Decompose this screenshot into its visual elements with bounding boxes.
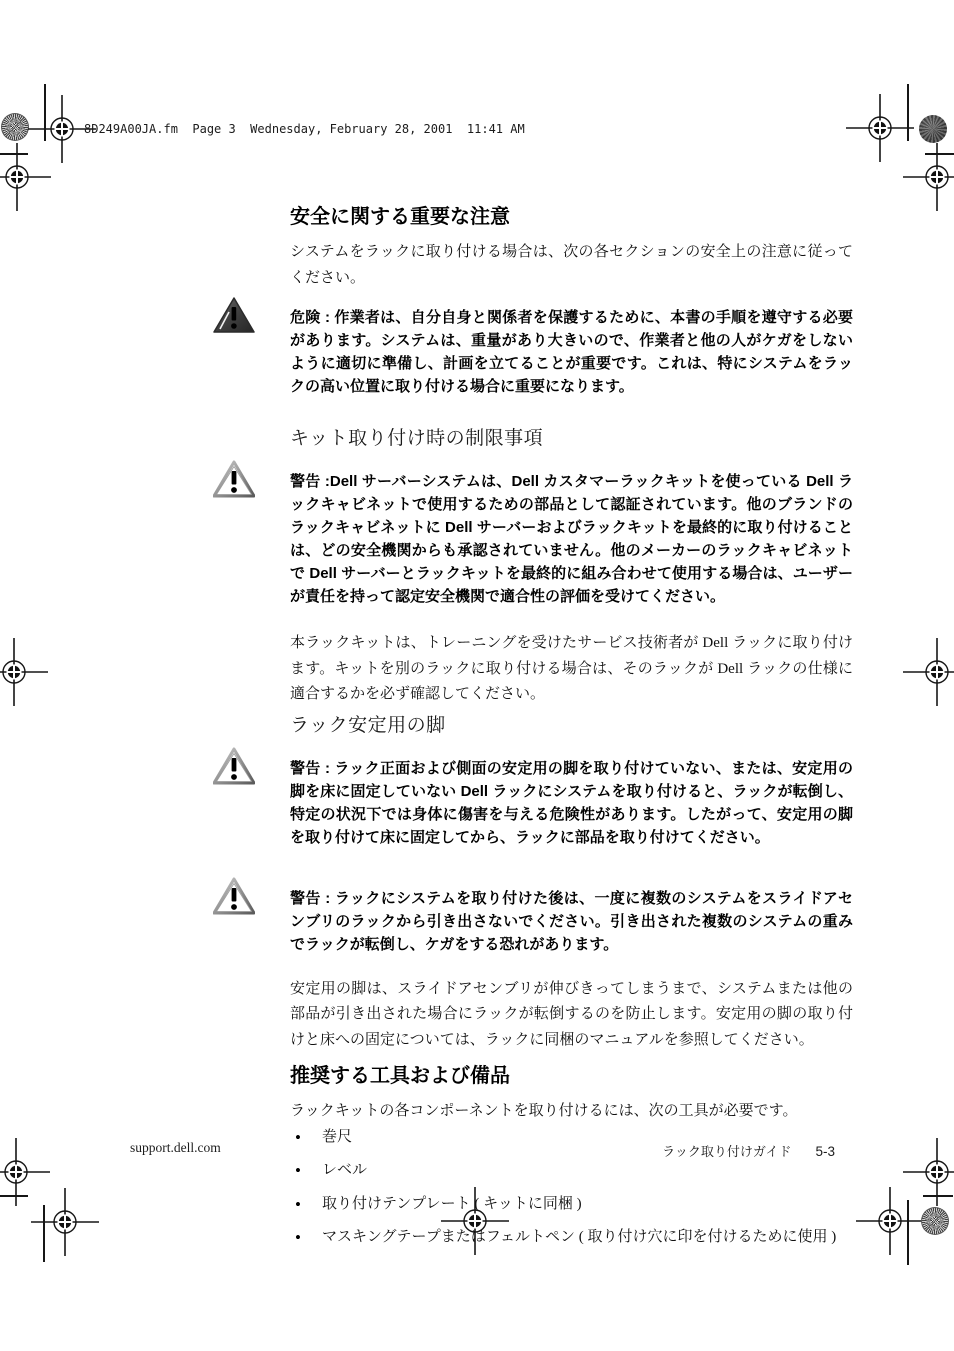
warning-text-stabilizer-1: 警告 : ラック正面および側面の安定用の脚を取り付けていない、または、安定用の脚… bbox=[290, 757, 853, 849]
section-title-kit-restrictions: キット取り付け時の制限事項 bbox=[290, 427, 853, 451]
warning-triangle-icon bbox=[213, 460, 255, 498]
warning-text-kit: 警告 :Dell サーバーシステムは、Dell カスタマーラックキットを使ってい… bbox=[290, 470, 853, 608]
warning-text-stabilizer-2: 警告 : ラックにシステムを取り付けた後は、一度に複数のシステムをスライドアセン… bbox=[290, 887, 853, 956]
warning-triangle-icon bbox=[213, 747, 255, 785]
danger-triangle-icon bbox=[213, 296, 255, 334]
warning-label: 警告 : bbox=[290, 473, 330, 490]
page-content: 安全に関する重要な注意 システムをラックに取り付ける場合は、次の各セクションの安… bbox=[213, 204, 853, 1259]
footer-doc-info: ラック取り付けガイド5-3 bbox=[662, 1141, 835, 1160]
tools-intro-paragraph: ラックキットの各コンポーネントを取り付けるには、次の工具が必要です。 bbox=[290, 1099, 853, 1125]
crop-line bbox=[923, 1195, 953, 1197]
registration-mark-icon bbox=[854, 1185, 926, 1257]
registration-mark-icon bbox=[901, 636, 954, 708]
footer-site-url: support.dell.com bbox=[130, 1140, 221, 1156]
starburst-calibration-icon bbox=[921, 1207, 949, 1235]
registration-mark-icon bbox=[29, 1186, 101, 1258]
stabilizer-body-paragraph: 安定用の脚は、スライドアセンブリが伸びきってしまうまで、システムまたは他の部品が… bbox=[290, 977, 853, 1054]
danger-text: 危険 : 作業者は、自分自身と関係者を保護するために、本書の手順を遵守する必要が… bbox=[290, 306, 853, 398]
danger-notice: 危険 : 作業者は、自分自身と関係者を保護するために、本書の手順を遵守する必要が… bbox=[213, 291, 853, 413]
warning-label: 警告 : bbox=[290, 760, 334, 777]
footer-doc-title: ラック取り付けガイド bbox=[662, 1144, 791, 1159]
crop-line bbox=[907, 1200, 909, 1265]
solid-circle-calibration-icon bbox=[919, 115, 947, 143]
crop-line bbox=[907, 84, 909, 141]
safety-intro-paragraph: システムをラックに取り付ける場合は、次の各セクションの安全上の注意に従ってくださ… bbox=[290, 240, 853, 291]
starburst-calibration-icon bbox=[1, 113, 29, 141]
section-title-tools: 推奨する工具および備品 bbox=[290, 1063, 853, 1089]
registration-mark-icon bbox=[0, 141, 53, 213]
registration-mark-icon bbox=[0, 636, 50, 708]
document-page: { "page_header": { "text": "8D249A00JA.f… bbox=[0, 0, 954, 1351]
crop-line bbox=[0, 1195, 28, 1197]
warning-notice-kit: 警告 :Dell サーバーシステムは、Dell カスタマーラックキットを使ってい… bbox=[213, 455, 853, 623]
print-header: 8D249A00JA.fm Page 3 Wednesday, February… bbox=[84, 122, 525, 136]
list-item: マスキングテープまたはフェルトペン ( 取り付け穴に印を付けるために使用 ) bbox=[295, 1225, 853, 1251]
footer-page-number: 5-3 bbox=[815, 1144, 835, 1159]
warning-notice-stabilizer-2: 警告 : ラックにシステムを取り付けた後は、一度に複数のシステムをスライドアセン… bbox=[213, 872, 853, 971]
warning-label: 警告 : bbox=[290, 890, 335, 907]
registration-mark-icon bbox=[901, 141, 954, 213]
warning-notice-stabilizer-1: 警告 : ラック正面および側面の安定用の脚を取り付けていない、または、安定用の脚… bbox=[213, 742, 853, 864]
list-item: 取り付けテンプレート ( キットに同梱 ) bbox=[295, 1192, 853, 1218]
warning-triangle-icon bbox=[213, 877, 255, 915]
section-title-safety: 安全に関する重要な注意 bbox=[290, 204, 853, 230]
danger-label: 危険 : bbox=[290, 309, 334, 326]
kit-body-paragraph: 本ラックキットは、トレーニングを受けたサービス技術者が Dell ラックに取り付… bbox=[290, 631, 853, 708]
section-title-stabilizer: ラック安定用の脚 bbox=[290, 714, 853, 738]
list-item: レベル bbox=[295, 1158, 853, 1184]
